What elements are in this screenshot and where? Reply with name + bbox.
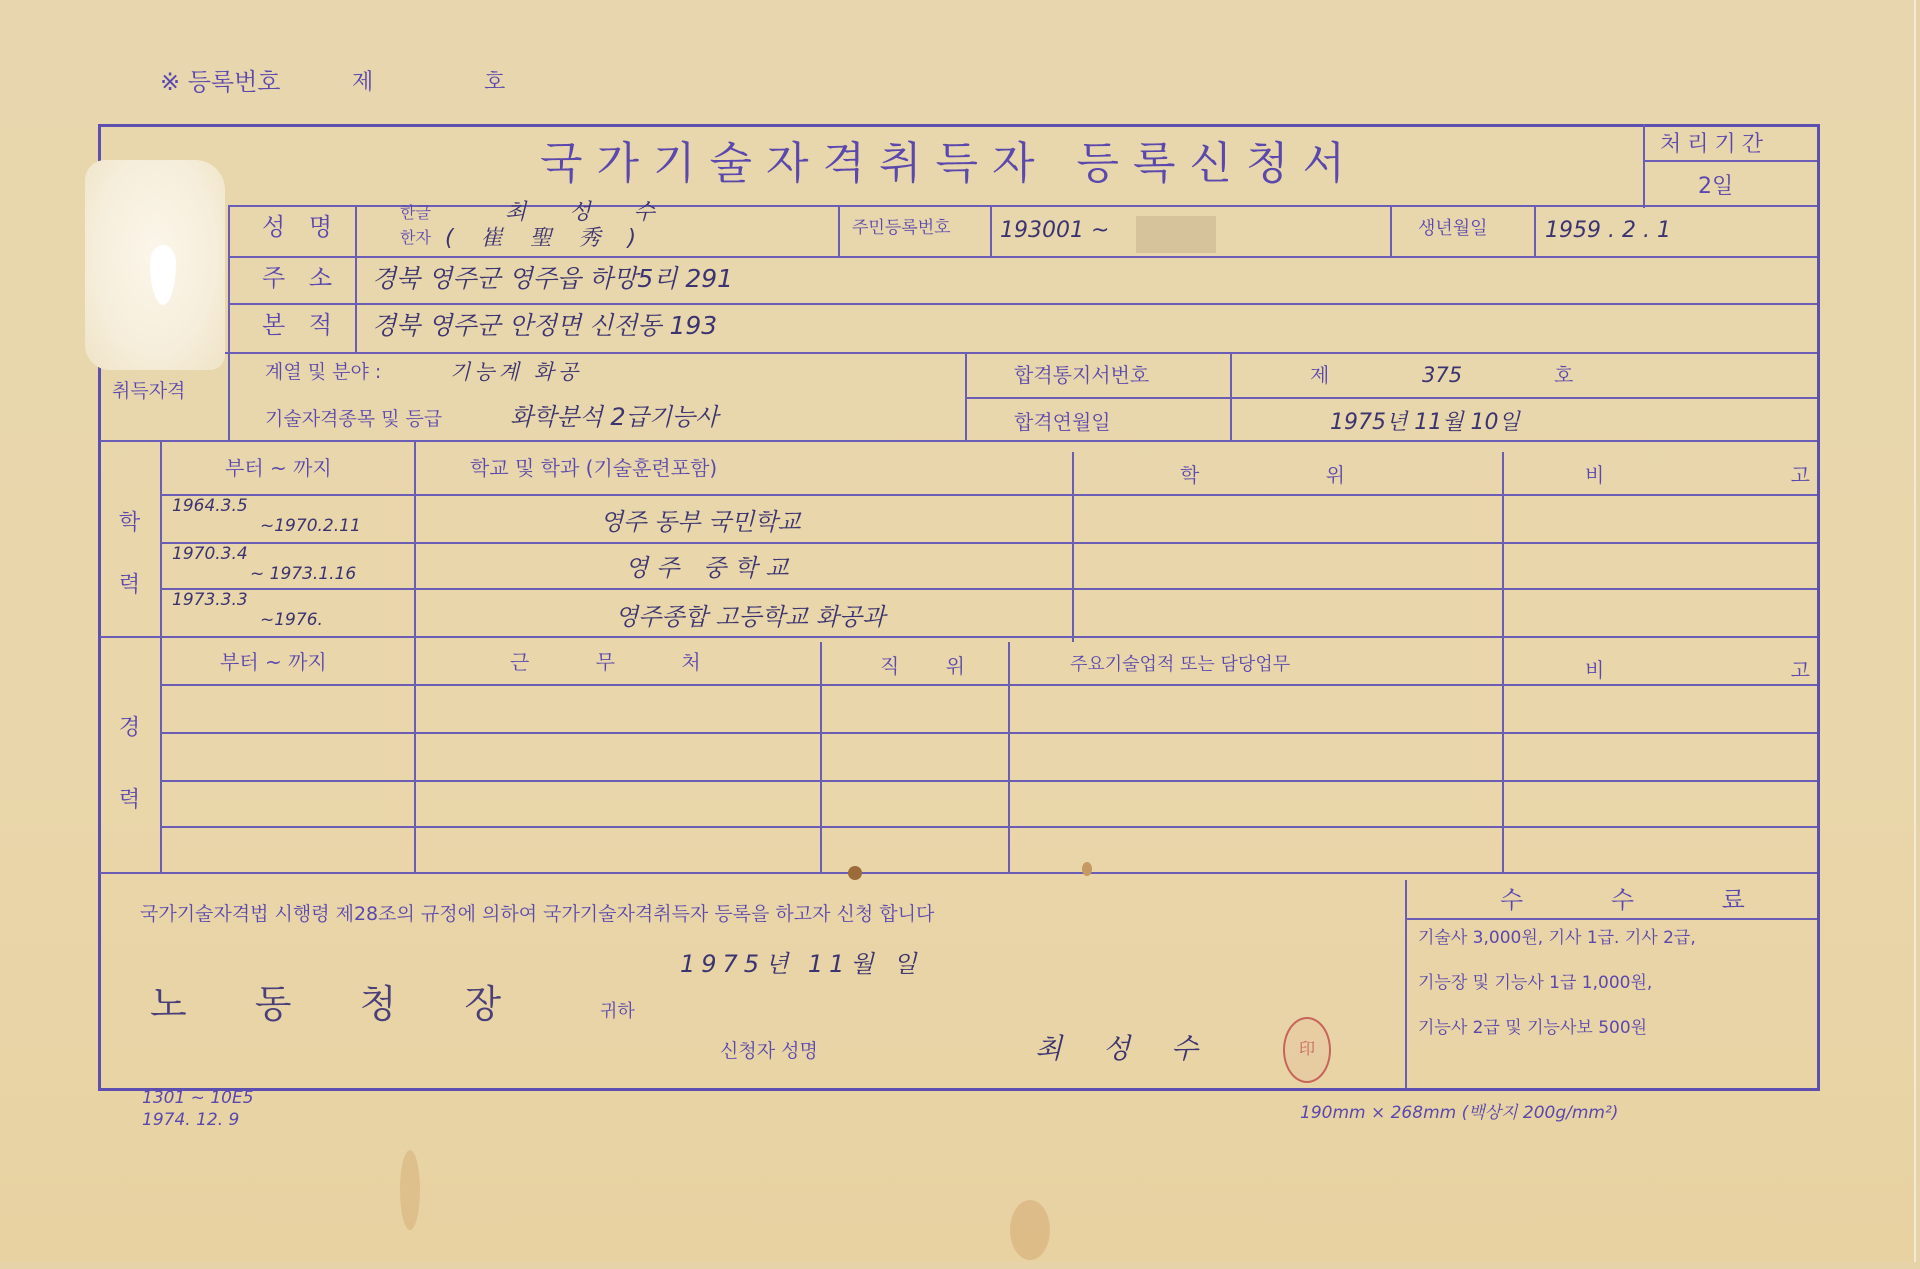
col-line <box>160 440 162 872</box>
col-line <box>990 205 992 256</box>
career-header-note: 비 고 <box>1585 660 1900 680</box>
row-line <box>100 636 1817 638</box>
col-line <box>1534 205 1536 256</box>
row-line <box>160 588 1817 590</box>
fee-divider-h <box>1405 918 1817 920</box>
cert-no-value: 375 <box>1422 365 1462 386</box>
edu-row-1-from: 1964.3.5 <box>172 498 248 515</box>
registration-suffix: 호 <box>484 72 505 94</box>
edu-header-school: 학교 및 학과 (기술훈련포함) <box>470 458 717 478</box>
col-line <box>1008 642 1010 872</box>
col-line <box>228 205 230 440</box>
item-label: 기술자격종목 및 등급 <box>265 410 442 429</box>
declaration-statement: 국가기술자격법 시행령 제28조의 규정에 의하여 국가기술자격취득자 등록을 … <box>140 905 934 924</box>
row-line <box>228 303 1817 305</box>
fee-line-2: 기능장 및 기능사 1급 1,000원, <box>1418 975 1652 992</box>
row-line <box>228 256 1817 258</box>
name-hanja-label: 한자 <box>400 230 431 246</box>
fee-divider <box>1405 880 1407 1088</box>
edu-header-degree: 학 위 <box>1180 465 1405 485</box>
career-section-label: 경력 <box>116 715 138 859</box>
name-hangul-value: 최 성 수 <box>505 202 673 224</box>
form-code: 1301 ~ 10E5 <box>142 1090 254 1107</box>
row-line <box>160 780 1817 782</box>
row-line <box>228 205 1817 207</box>
row-line <box>160 494 1817 496</box>
col-line <box>965 352 967 440</box>
application-date: 1975년 11월 일 <box>680 952 922 976</box>
edu-row-1-to: ~1970.2.11 <box>260 518 361 535</box>
edu-row-1-school: 영주 동부 국민학교 <box>600 510 801 534</box>
edu-row-3-school: 영주종합 고등학교 화공과 <box>615 605 885 629</box>
water-stain <box>1010 1200 1050 1260</box>
address-label: 주 소 <box>262 266 340 290</box>
row-line <box>100 352 1817 354</box>
career-header-position: 직 위 <box>880 656 985 676</box>
col-line <box>838 205 840 256</box>
career-header-period: 부터 ~ 까지 <box>220 652 327 672</box>
cert-no-suffix: 호 <box>1554 365 1573 385</box>
row-line <box>965 397 1817 399</box>
row-line <box>160 732 1817 734</box>
address-value: 경북 영주군 영주읍 하망5리 291 <box>372 266 733 291</box>
water-stain <box>400 1150 420 1230</box>
col-line <box>1230 352 1232 440</box>
ink-stain <box>1082 862 1092 876</box>
name-label: 성 명 <box>262 215 340 239</box>
qualification-section-label: 취득자격 <box>112 382 185 401</box>
domicile-value: 경북 영주군 안정면 신전동 193 <box>372 313 717 338</box>
frame-right <box>1817 124 1820 1091</box>
processing-period-label: 처리기간 <box>1660 134 1769 156</box>
col-line <box>1072 452 1074 642</box>
paper-spec: 190mm × 268mm (백상지 200g/mm²) <box>1300 1105 1618 1122</box>
career-header-workplace: 근 무 처 <box>510 652 731 672</box>
item-value: 화학분석 2급기능사 <box>510 405 718 429</box>
frame-bottom <box>98 1088 1820 1091</box>
career-header-duties: 주요기술업적 또는 담당업무 <box>1070 656 1290 674</box>
processing-period-value: 2일 <box>1698 176 1733 198</box>
col-line <box>414 440 416 872</box>
row-line <box>160 826 1817 828</box>
registration-label: ※ 등록번호 <box>160 70 280 94</box>
col-line <box>820 642 822 872</box>
pass-date-label: 합격연월일 <box>1014 412 1111 432</box>
resident-no-value: 193001 ~ <box>1000 220 1109 242</box>
row-line <box>160 542 1817 544</box>
edu-row-3-to: ~1976. <box>260 612 323 629</box>
pass-date-value: 1975년 11월 10일 <box>1330 412 1520 434</box>
fee-line-3: 기능사 2급 및 기능사보 500원 <box>1418 1020 1647 1037</box>
registration-prefix: 제 <box>352 72 373 94</box>
col-line <box>1390 205 1392 256</box>
row-line <box>160 684 1817 686</box>
applicant-name: 최 성 수 <box>1035 1035 1214 1063</box>
edu-header-note: 비 고 <box>1585 465 1900 485</box>
fee-title: 수 수 료 <box>1500 888 1785 912</box>
resident-no-label: 주민등록번호 <box>852 220 951 237</box>
period-divider-h <box>1645 160 1817 162</box>
honorific: 귀하 <box>600 1003 635 1021</box>
col-line <box>355 205 357 352</box>
fee-line-1: 기술사 3,000원, 기사 1급. 기사 2급, <box>1418 930 1696 947</box>
cert-no-label: 합격통지서번호 <box>1014 365 1149 385</box>
addressee: 노 동 청 장 <box>150 985 529 1023</box>
applicant-label: 신청자 성명 <box>720 1042 818 1061</box>
name-hangul-label: 한글 <box>400 205 431 221</box>
edu-row-2-to: ~ 1973.1.16 <box>250 566 356 583</box>
col-line <box>1502 452 1504 872</box>
form-date: 1974. 12. 9 <box>142 1112 239 1129</box>
domicile-label: 본 적 <box>262 313 340 337</box>
row-line <box>100 872 1817 874</box>
row-line <box>100 440 1817 442</box>
edu-row-2-from: 1970.3.4 <box>172 546 248 563</box>
form-title: 국가기술자격취득자 등록신청서 <box>540 142 1359 186</box>
edu-row-2-school: 영주 중학교 <box>625 556 797 580</box>
education-section-label: 학력 <box>116 510 138 634</box>
name-hanja-value: ( 崔 聖 秀 ) <box>445 228 646 250</box>
birth-value: 1959 . 2 . 1 <box>1545 220 1671 242</box>
applicant-seal: 印 <box>1283 1017 1331 1083</box>
field-value: 기능계 화공 <box>450 362 582 383</box>
edu-header-period: 부터 ~ 까지 <box>225 458 332 478</box>
edu-row-3-from: 1973.3.3 <box>172 592 248 609</box>
document-paper: ※ 등록번호 제 호 국가기술자격취득자 등록신청서 처리기간 2일 성 명 한… <box>0 0 1916 1262</box>
birth-label: 생년월일 <box>1418 220 1488 238</box>
period-divider <box>1643 124 1645 208</box>
frame-top <box>98 124 1820 127</box>
cert-no-prefix: 제 <box>1310 365 1329 385</box>
field-label: 계열 및 분야 : <box>265 363 381 382</box>
ink-stain <box>848 866 862 880</box>
redacted-resident-no <box>1136 216 1216 253</box>
